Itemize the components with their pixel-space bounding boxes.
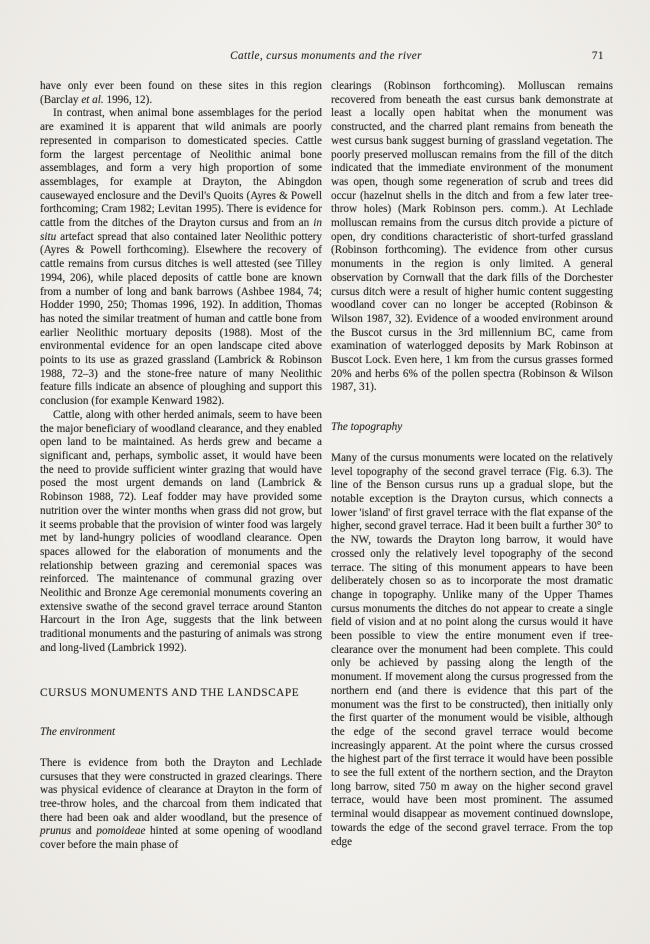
paragraph: In contrast, when animal bone assemblage…: [40, 107, 322, 408]
text-run: clearings (Robinson forthcoming). Mollus…: [331, 80, 613, 393]
italic-text-run: pomoideae: [96, 825, 145, 837]
left-column: have only ever been found on these sites…: [40, 80, 322, 853]
text-run: In contrast, when animal bone assemblage…: [40, 107, 322, 229]
text-run: The environment: [40, 726, 115, 738]
heading: CURSUS MONUMENTS AND THE LANDSCAPE: [40, 687, 322, 701]
paragraph: Cattle, along with other herded animals,…: [40, 409, 322, 656]
subheading: The environment: [40, 726, 322, 740]
italic-text-run: et al.: [81, 94, 103, 106]
paragraph: There is evidence from both the Drayton …: [40, 757, 322, 853]
text-run: There is evidence from both the Drayton …: [40, 757, 322, 824]
running-title: Cattle, cursus monuments and the river: [40, 50, 612, 62]
paragraph: have only ever been found on these sites…: [40, 80, 322, 107]
text-run: and: [71, 825, 96, 837]
text-run: Many of the cursus monuments were locate…: [331, 452, 613, 848]
italic-text-run: prunus: [40, 825, 71, 837]
text-run: artefact spread that also contained late…: [40, 231, 322, 407]
right-column: clearings (Robinson forthcoming). Mollus…: [331, 80, 613, 853]
paragraph: clearings (Robinson forthcoming). Mollus…: [331, 80, 613, 395]
text-run: CURSUS MONUMENTS AND THE LANDSCAPE: [40, 687, 299, 699]
subheading: The topography: [331, 421, 613, 435]
text-run: Cattle, along with other herded animals,…: [40, 409, 322, 654]
page-number: 71: [592, 50, 604, 62]
running-header: Cattle, cursus monuments and the river 7…: [40, 50, 612, 66]
paragraph: Many of the cursus monuments were locate…: [331, 452, 613, 849]
text-run: 1996, 12).: [104, 94, 152, 106]
text-columns: have only ever been found on these sites…: [40, 80, 612, 853]
text-run: The topography: [331, 421, 402, 433]
scanned-page: Cattle, cursus monuments and the river 7…: [0, 0, 650, 944]
